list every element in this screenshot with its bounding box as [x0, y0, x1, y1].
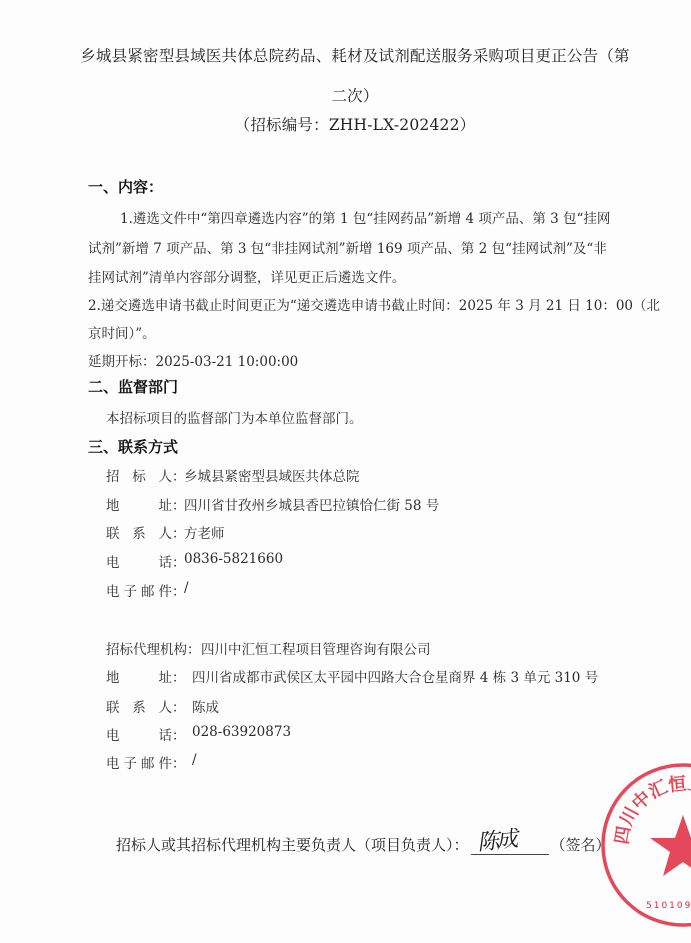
- delayed-opening: 延期开标：2025-03-21 10:00:00: [88, 350, 298, 370]
- document-title-line1: 乡城县紧密型县域医共体总院药品、耗材及试剂配送服务采购项目更正公告（第: [60, 44, 650, 66]
- agency-phone-label: 电话: [106, 724, 172, 744]
- agency-address-row: 地址：四川省成都市武侯区太平园中四路大合仓星商界 4 栋 3 单元 310 号: [106, 666, 598, 686]
- section1-heading: 一、内容：: [88, 176, 163, 197]
- document-title-line2: 二次）: [60, 84, 650, 106]
- agency-email-value: /: [192, 752, 197, 772]
- tenderer-contact-value: 方老师: [184, 522, 225, 542]
- tenderer-phone-row: 电话：0836-5821660: [106, 551, 283, 571]
- tenderer-address-label: 地址: [106, 494, 172, 514]
- agency-contact-row: 联系人：陈成: [106, 696, 219, 716]
- tenderer-phone-value: 0836-5821660: [184, 551, 283, 571]
- agency-contact-label: 联系人: [106, 696, 172, 716]
- agency-name-label: 招标代理机构: [106, 638, 187, 658]
- section1-item1-line2: 试剂”新增 7 项产品、第 3 包“非挂网试剂”新增 169 项产品、第 2 包…: [88, 237, 607, 257]
- agency-address-label: 地址: [106, 666, 172, 686]
- signature-line: 招标人或其招标代理机构主要负责人（项目负责人）：陈成（签名）: [116, 834, 611, 855]
- bid-number: （招标编号：ZHH-LX-202422）: [60, 113, 650, 135]
- agency-name-row: 招标代理机构：四川中汇恒工程项目管理咨询有限公司: [106, 638, 431, 658]
- handwritten-signature: 陈成: [475, 822, 516, 857]
- stamp-code: 510109: [646, 901, 691, 911]
- tenderer-phone-label: 电话: [106, 551, 172, 571]
- agency-phone-value: 028-63920873: [192, 724, 291, 744]
- agency-phone-row: 电话：028-63920873: [106, 724, 291, 744]
- signature-field: 陈成: [471, 838, 549, 855]
- delayed-opening-label: 延期开标：: [88, 354, 156, 370]
- delayed-opening-value: 2025-03-21 10:00:00: [156, 354, 299, 370]
- section3-heading: 三、联系方式: [88, 436, 178, 457]
- section1-item1-line3: 挂网试剂”清单内容部分调整，详见更正后遴选文件。: [88, 266, 405, 286]
- official-stamp-icon: 四川中汇恒工程项目管理 510109: [598, 760, 691, 930]
- tenderer-contact-label: 联系人: [106, 522, 172, 542]
- section1-item2-line2: 京时间）”。: [88, 322, 156, 342]
- tenderer-address-value: 四川省甘孜州乡城县香巴拉镇恰仁街 58 号: [184, 494, 439, 514]
- signature-label: 招标人或其招标代理机构主要负责人（项目负责人）：: [116, 836, 469, 854]
- agency-email-row: 电子邮件：/: [106, 752, 197, 772]
- tenderer-email-row: 电子邮件：/: [106, 580, 189, 600]
- tenderer-contact-row: 联系人：方老师: [106, 522, 225, 542]
- document-page: 乡城县紧密型县域医共体总院药品、耗材及试剂配送服务采购项目更正公告（第 二次） …: [0, 0, 691, 943]
- tenderer-name-label: 招标人: [106, 465, 172, 485]
- agency-address-value: 四川省成都市武侯区太平园中四路大合仓星商界 4 栋 3 单元 310 号: [192, 666, 598, 686]
- tenderer-address-row: 地址：四川省甘孜州乡城县香巴拉镇恰仁街 58 号: [106, 494, 439, 514]
- agency-name-value: 四川中汇恒工程项目管理咨询有限公司: [201, 638, 431, 658]
- agency-email-label: 电子邮件: [106, 752, 172, 772]
- tenderer-email-value: /: [184, 580, 189, 600]
- tenderer-email-label: 电子邮件: [106, 580, 172, 600]
- supervision-text: 本招标项目的监督部门为本单位监督部门。: [106, 407, 363, 427]
- agency-contact-value: 陈成: [192, 696, 219, 716]
- section1-item1-line1: 1.遴选文件中“第四章遴选内容”的第 1 包“挂网药品”新增 4 项产品、第 3…: [120, 207, 610, 227]
- tenderer-name-value: 乡城县紧密型县域医共体总院: [184, 465, 360, 485]
- section2-heading: 二、监督部门: [88, 376, 178, 397]
- section1-item2-line1: 2.递交遴选申请书截止时间更正为“递交遴选申请书截止时间：2025 年 3 月 …: [88, 294, 660, 314]
- tenderer-name-row: 招标人：乡城县紧密型县域医共体总院: [106, 465, 360, 485]
